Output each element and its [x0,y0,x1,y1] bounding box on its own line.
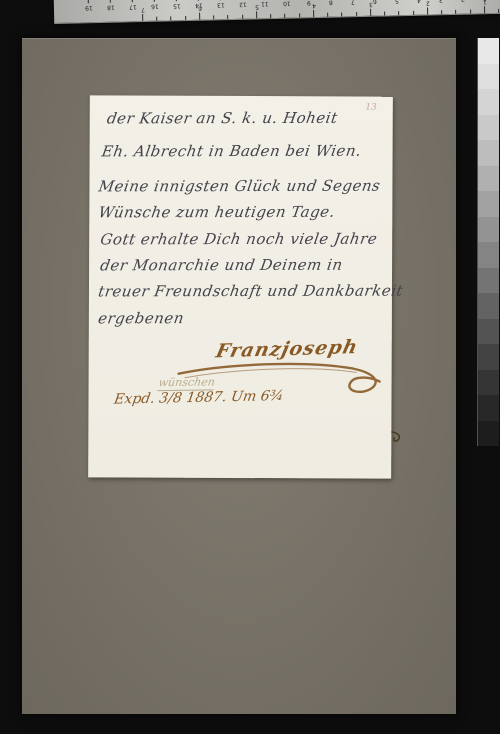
measurement-ruler: Inches Centimetre 1234567891011121314151… [54,0,500,24]
ruler-number: 8 [329,0,333,6]
ruler-tick [427,8,428,15]
grayscale-step [478,89,499,115]
ruler-tick [213,15,214,19]
ruler-tick [299,13,300,17]
ruler-number: 2 [461,0,465,3]
grayscale-step [478,421,499,447]
ruler-number: 2 [426,0,430,7]
ruler-tick [285,14,286,18]
ruler-number: 13 [217,1,225,8]
ruler-tick [198,0,199,1]
ruler-number: 5 [255,3,259,10]
ruler-tick-marks: 123456789101112131415161718191234567 [54,12,500,23]
ruler-tick [154,0,155,2]
page-number: 13 [365,103,376,113]
handwriting-line: Gott erhalte Dich noch viele Jahre [99,230,378,249]
archival-scan-stage: Inches Centimetre 1234567891011121314151… [0,0,500,734]
grayscale-step [478,191,499,217]
letter-paper: 13 der Kaiser an S. k. u. HoheitEh. Albr… [88,95,393,478]
grayscale-step [478,64,499,90]
grayscale-step [478,370,499,396]
ruler-tick [256,11,257,18]
handwriting-line: der Kaiser an S. k. u. Hoheit [106,109,339,128]
ruler-number: 4 [312,2,316,9]
mount-board: 13 der Kaiser an S. k. u. HoheitEh. Albr… [22,38,456,714]
handwritten-text-block: der Kaiser an S. k. u. HoheitEh. Albrech… [90,95,393,96]
grayscale-step [478,38,499,64]
ruler-tick [110,0,111,3]
ruler-tick [171,16,172,20]
ruler-number: 5 [395,0,399,4]
ruler-tick [242,15,243,19]
grayscale-calibration-strip [477,38,499,446]
ruler-tick [498,9,499,13]
ruler-tick [327,13,328,17]
grayscale-step [478,344,499,370]
ruler-tick [228,15,229,19]
ruler-number: 17 [129,3,137,10]
ruler-tick [356,12,357,16]
handwriting-line: treuer Freundschaft und Dankbarkeit [97,282,405,301]
ruler-tick [176,0,177,1]
ruler-number: 19 [85,4,93,11]
ruler-face: Inches Centimetre 1234567891011121314151… [54,0,500,24]
grayscale-step [478,115,499,141]
ruler-number: 18 [107,4,115,11]
dispatch-date-line: Expd. 3/8 1887. Um 6¾ [113,388,285,408]
ruler-number: 15 [173,2,181,9]
handwriting-line: Wünsche zum heutigen Tage. [97,203,336,222]
ruler-number: 4 [417,0,421,4]
ruler-tick [384,11,385,15]
ruler-number: 6 [198,5,202,12]
ruler-tick [313,10,314,17]
ruler-tick [270,14,271,18]
ruler-tick [470,10,471,14]
grayscale-step [478,268,499,294]
stray-ink-mark [390,430,404,446]
grayscale-step [478,166,499,192]
ruler-tick [156,17,157,21]
ruler-tick [370,9,371,16]
ruler-number: 10 [283,0,291,7]
ruler-tick [456,10,457,14]
ruler-number: 1 [483,0,487,5]
ruler-number: 7 [141,6,145,13]
ruler-tick [142,14,143,21]
ruler-number: 12 [239,1,247,8]
grayscale-step [478,293,499,319]
ruler-tick [199,13,200,20]
ruler-number: 3 [369,1,373,8]
ruler-number: 6 [373,0,377,5]
ruler-tick [413,11,414,15]
handwriting-line: Eh. Albrecht in Baden bei Wien. [101,142,363,161]
ruler-tick [342,12,343,16]
ruler-tick [132,0,133,2]
ruler-tick [185,16,186,20]
ruler-tick [399,11,400,15]
grayscale-step [478,319,499,345]
ruler-number: 11 [261,0,269,7]
ruler-number: 3 [439,0,443,3]
handwriting-line: ergebenen [97,309,186,327]
ruler-tick [88,0,89,3]
ruler-number: 9 [307,0,311,6]
grayscale-step [478,140,499,166]
ruler-number: 16 [151,3,159,10]
ruler-tick [484,6,485,13]
handwriting-line: Meine innigsten Glück und Segens [97,177,381,196]
ruler-tick [441,10,442,14]
ruler-number: 7 [351,0,355,5]
handwriting-line: der Monarchie und Deinem in [99,256,344,275]
grayscale-step [478,395,499,421]
grayscale-step [478,242,499,268]
grayscale-step [478,217,499,243]
